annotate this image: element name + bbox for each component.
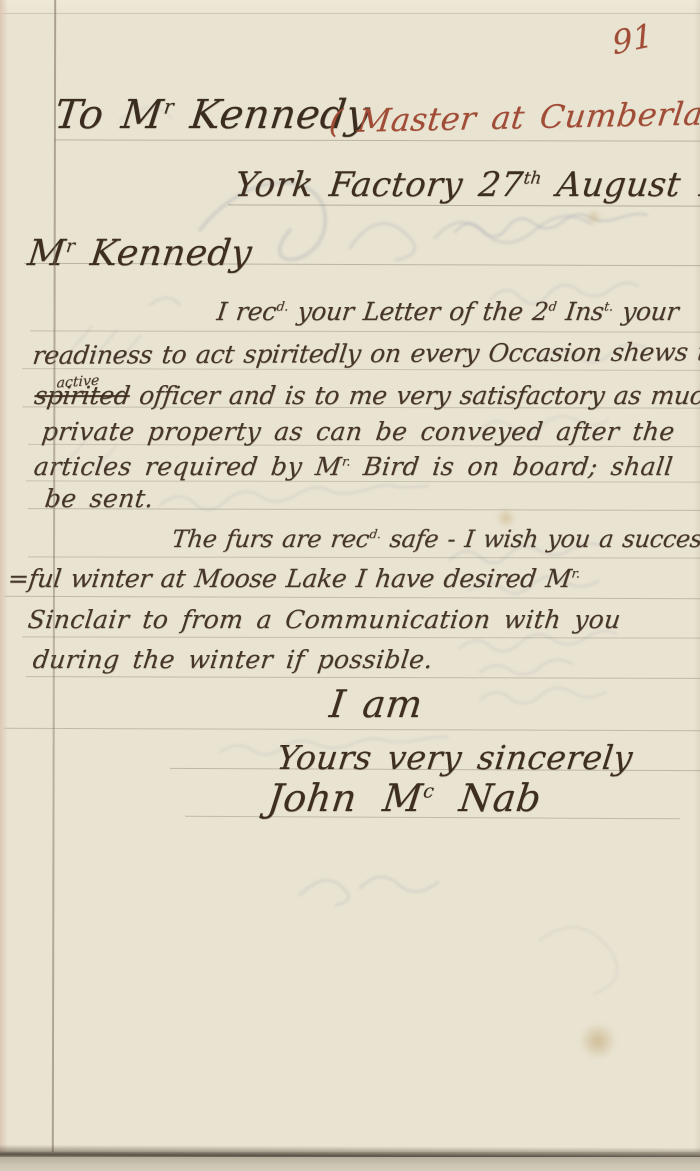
body-line: readiness to act spiritedly on every Occ…: [31, 337, 700, 370]
underlying-page-edge: [0, 1157, 700, 1171]
page-top-edge: [0, 0, 700, 14]
body-line-with-correction: activespirited officer and is to me very…: [28, 381, 700, 410]
addressee-line: To Mr Kennedy: [52, 92, 372, 138]
body-line: I recd. your Letter of the 2d Inst. your: [215, 297, 680, 326]
body-line: during the winter if possible.: [31, 645, 434, 674]
red-annotation-master-at-cumberland: ( Master at Cumberland: [327, 94, 700, 141]
salutation-line: Mr Kennedy: [25, 233, 254, 274]
paper-stain: [578, 1024, 618, 1058]
closing-i-am: I am: [327, 682, 425, 726]
signature-john-mcnab: John Mc Nab: [265, 776, 543, 820]
closing-sincerely: Yours very sincerely: [275, 738, 635, 777]
body-line: =ful winter at Moose Lake I have desired…: [6, 564, 581, 593]
page-right-edge: [694, 0, 700, 1152]
dateline: York Factory 27th August 1806: [233, 165, 700, 205]
body-line: articles required by Mr. Bird is on boar…: [32, 452, 674, 481]
body-line: Sinclair to from a Communication with yo…: [26, 605, 622, 634]
page-gutter-edge: [0, 0, 8, 1152]
scanned-letter-page: 91 To Mr Kennedy ( Master at Cumberland …: [0, 0, 700, 1171]
body-line: be sent.: [43, 484, 155, 513]
body-line: private property as can be conveyed afte…: [40, 417, 676, 446]
letter-paper: 91 To Mr Kennedy ( Master at Cumberland …: [0, 0, 700, 1152]
body-line: The furs are recd. safe - I wish you a s…: [170, 525, 700, 553]
paper-stain: [586, 210, 602, 224]
